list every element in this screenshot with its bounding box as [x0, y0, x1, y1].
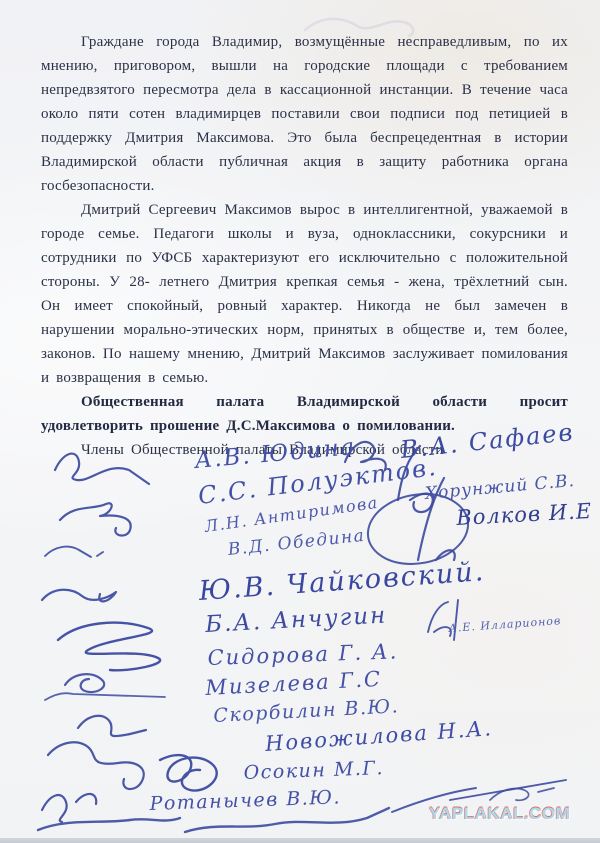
document-body-text: Граждане города Владимир, возмущённые не…: [41, 30, 568, 462]
paragraph-protest: Граждане города Владимир, возмущённые не…: [41, 30, 568, 198]
paragraph-petition-request: Общественная палата Владимирской области…: [41, 390, 568, 438]
scan-edge: [0, 838, 600, 843]
paragraph-biography: Дмитрий Сергеевич Максимов вырос в интел…: [41, 198, 568, 390]
members-heading: Члены Общественной палаты Владимирской о…: [41, 438, 568, 462]
yaplakal-watermark: YAPLAKAL.COM: [429, 804, 570, 824]
scanned-document-page: { "document": { "paragraphs": { "p1": "Г…: [0, 0, 600, 843]
